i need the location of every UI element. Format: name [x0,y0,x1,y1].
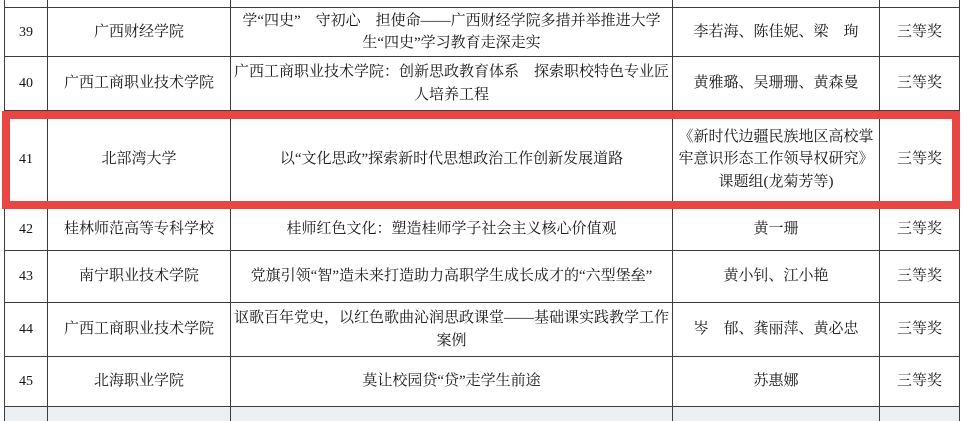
cell-authors [673,407,880,421]
cell-award: 三等奖 [880,251,960,302]
cell-institution: 南宁职业技术学院 [48,251,231,302]
cell-project-title [231,0,673,7]
cell-project-title [231,407,673,421]
cell-institution [48,0,231,7]
cell-row-number [5,0,48,7]
cell-institution: 广西财经学院 [48,8,231,56]
table-row-partial-top [5,0,960,8]
cell-row-number: 40 [5,57,48,110]
cell-institution: 广西工商职业技术学院 [48,303,231,356]
table-row-41-highlighted: 41 北部湾大学 以“文化思政”探索新时代思想政治工作创新发展道路 《新时代边疆… [5,111,960,209]
cell-institution: 广西工商职业技术学院 [48,57,231,110]
cell-award: 三等奖 [880,209,960,250]
cell-project-title: 以“文化思政”探索新时代思想政治工作创新发展道路 [231,111,673,208]
cell-award [880,0,960,7]
cell-award [880,407,960,421]
cell-project-title: 桂师红色文化：塑造桂师学子社会主义核心价值观 [231,209,673,250]
cell-authors: 黄雅璐、吴珊珊、黄森曼 [673,57,880,110]
table-row-40: 40 广西工商职业技术学院 广西工商职业技术学院：创新思政教育体系 探索职校特色… [5,57,960,111]
cell-authors: 黄小钊、江小艳 [673,251,880,302]
cell-project-title: 讴歌百年党史，以红色歌曲沁润思政课堂——基础课实践教学工作案例 [231,303,673,356]
cell-project-title: 莫让校园贷“贷”走学生前途 [231,357,673,406]
table-row-45: 45 北海职业学院 莫让校园贷“贷”走学生前途 苏惠娜 三等奖 [5,357,960,407]
cell-authors: 黄一珊 [673,209,880,250]
cell-row-number [5,407,48,421]
cell-award: 三等奖 [880,303,960,356]
table-row-42: 42 桂林师范高等专科学校 桂师红色文化：塑造桂师学子社会主义核心价值观 黄一珊… [5,209,960,251]
cell-row-number: 39 [5,8,48,56]
table-row-44: 44 广西工商职业技术学院 讴歌百年党史，以红色歌曲沁润思政课堂——基础课实践教… [5,303,960,357]
cell-row-number: 41 [5,111,48,208]
cell-authors: 《新时代边疆民族地区高校掌牢意识形态工作领导权研究》课题组(龙菊芳等) [673,111,880,208]
table-row-43: 43 南宁职业技术学院 党旗引领“智”造未来打造助力高职学生成长成才的“六型堡垒… [5,251,960,303]
cell-award: 三等奖 [880,357,960,406]
cell-authors: 李若海、陈佳妮、梁 珣 [673,8,880,56]
cell-project-title: 学“四史” 守初心 担使命——广西财经学院多措并举推进大学生“四史”学习教育走深… [231,8,673,56]
awards-table: 39 广西财经学院 学“四史” 守初心 担使命——广西财经学院多措并举推进大学生… [4,0,960,421]
cell-award: 三等奖 [880,57,960,110]
cell-award: 三等奖 [880,8,960,56]
table-row-partial-bottom [5,407,960,421]
cell-authors: 苏惠娜 [673,357,880,406]
cell-institution: 北部湾大学 [48,111,231,208]
awards-table-page: 39 广西财经学院 学“四史” 守初心 担使命——广西财经学院多措并举推进大学生… [0,0,964,421]
cell-row-number: 43 [5,251,48,302]
cell-institution [48,407,231,421]
cell-institution: 桂林师范高等专科学校 [48,209,231,250]
cell-row-number: 44 [5,303,48,356]
cell-award: 三等奖 [880,111,960,208]
cell-institution: 北海职业学院 [48,357,231,406]
cell-authors: 岑 郁、龚丽萍、黄必忠 [673,303,880,356]
cell-authors [673,0,880,7]
cell-row-number: 45 [5,357,48,406]
cell-project-title: 广西工商职业技术学院：创新思政教育体系 探索职校特色专业匠人培养工程 [231,57,673,110]
table-row-39: 39 广西财经学院 学“四史” 守初心 担使命——广西财经学院多措并举推进大学生… [5,8,960,57]
cell-project-title: 党旗引领“智”造未来打造助力高职学生成长成才的“六型堡垒” [231,251,673,302]
cell-row-number: 42 [5,209,48,250]
